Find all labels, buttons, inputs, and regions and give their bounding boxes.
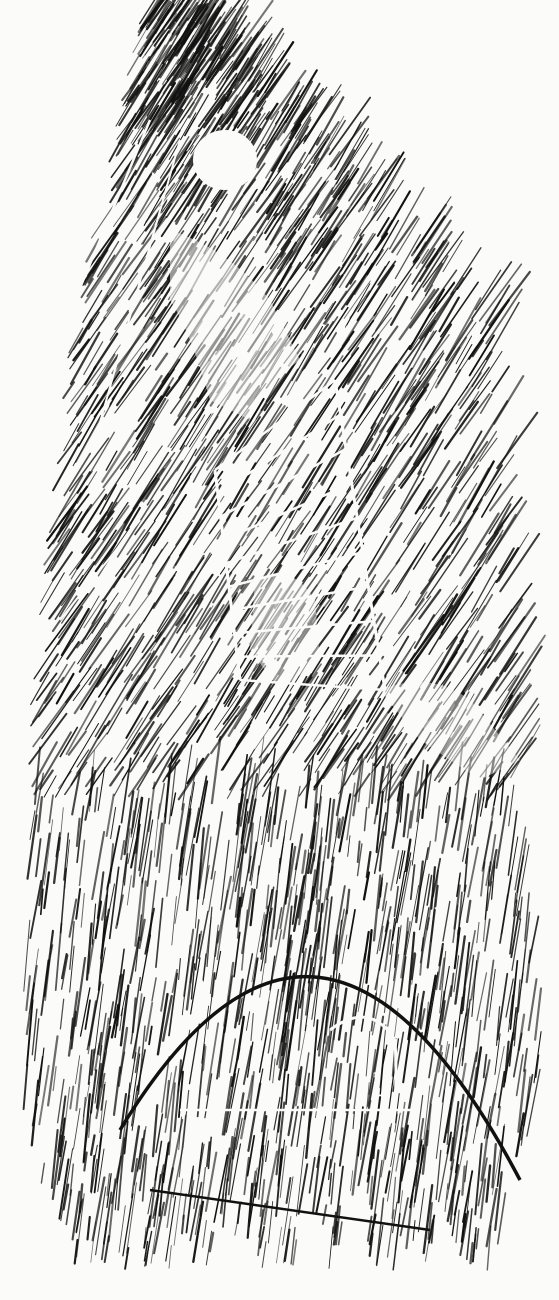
illustration bbox=[0, 0, 559, 1300]
lamp bbox=[193, 130, 257, 190]
